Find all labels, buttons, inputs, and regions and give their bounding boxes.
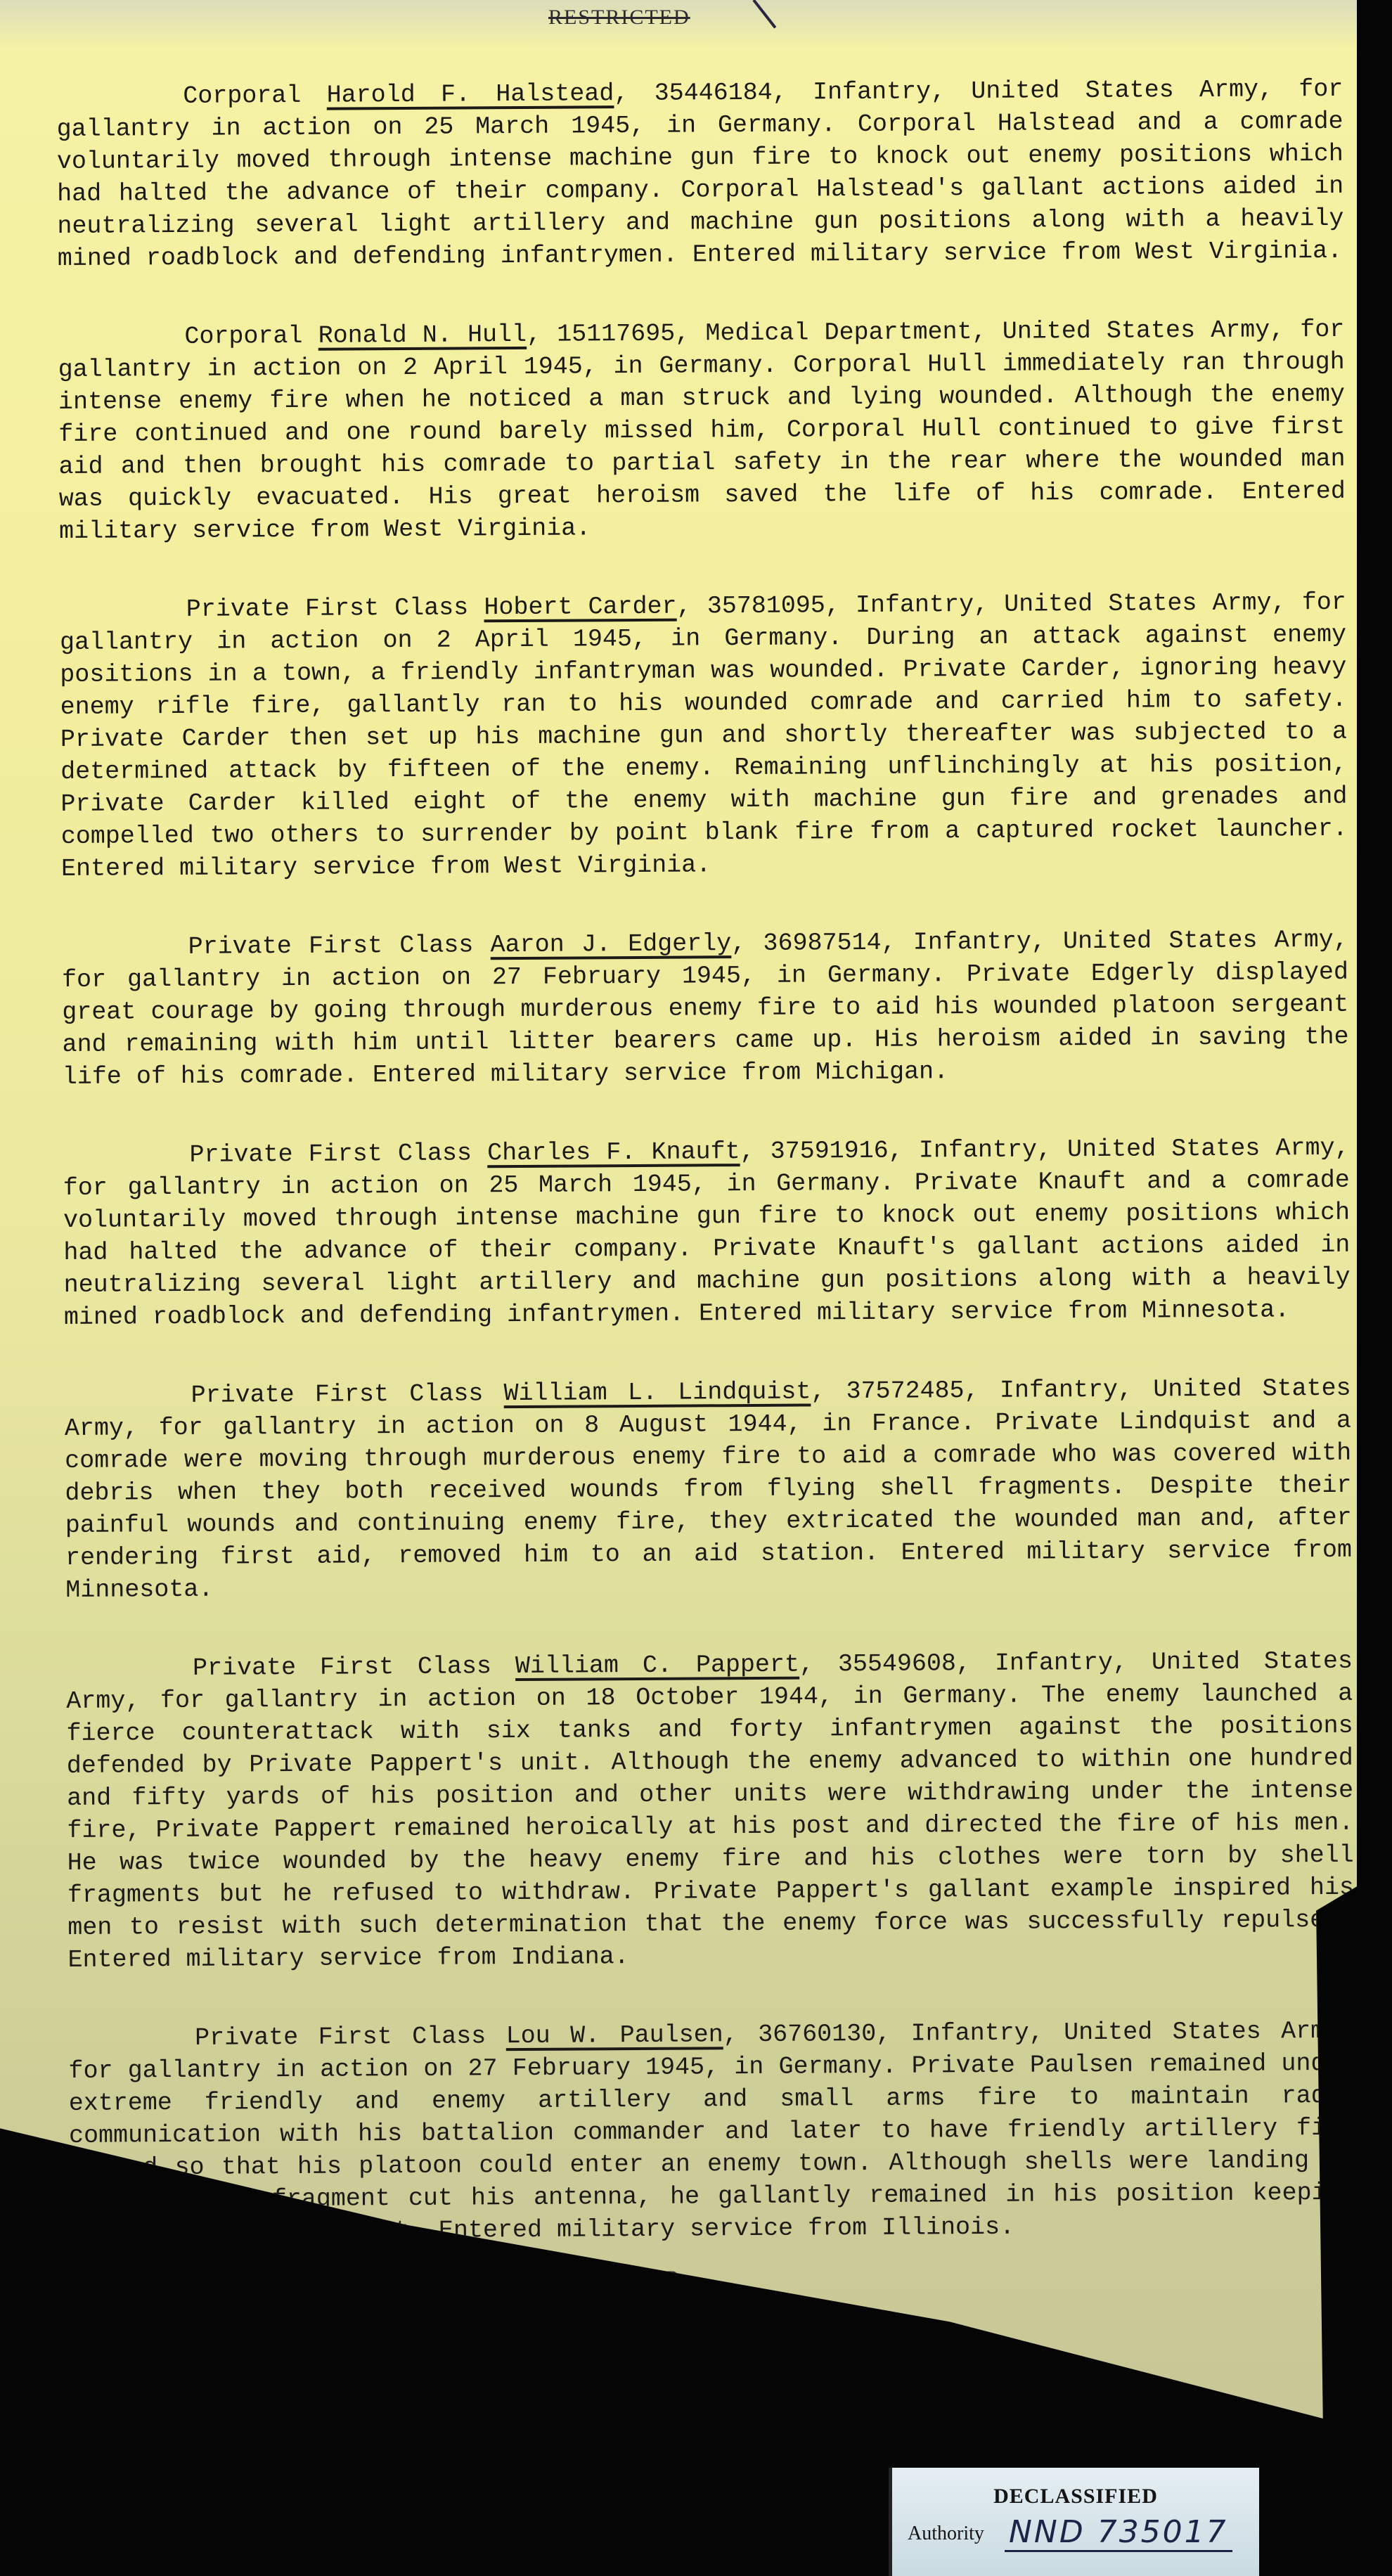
citation-rank: Private First Class xyxy=(188,931,491,961)
page-number: - 2 - xyxy=(612,2303,697,2329)
citation-soldier-name: Hobert Carder xyxy=(484,593,676,622)
citation-soldier-name: William C. Pappert xyxy=(515,1651,799,1680)
authority-label: Authority xyxy=(908,2523,984,2545)
citation-soldier-name: Aaron J. Edgerly xyxy=(491,929,732,959)
restricted-header-marking: RESTRICTED xyxy=(548,6,690,30)
citation-text: , 35549608, Infantry, United States Army… xyxy=(66,1647,1354,1974)
citation-soldier-name: Ronald N. Hull xyxy=(318,321,527,350)
citation-soldier-name: Lou W. Paulsen xyxy=(506,2021,723,2050)
authority-value: NND 735017 xyxy=(1005,2514,1232,2552)
citation-paragraph: Corporal Harold F. Halstead, 35446184, I… xyxy=(56,73,1344,275)
citation-paragraph: Private First Class Charles F. Knauft, 3… xyxy=(63,1132,1351,1334)
document-page: RESTRICTED Corporal Harold F. Halstead, … xyxy=(0,0,1357,2419)
citation-text: , 35781095, Infantry, United States Army… xyxy=(60,588,1348,883)
citation-paragraph: Private First Class Aaron J. Edgerly, 36… xyxy=(62,924,1349,1093)
declassified-stamp-label: DECLASSIFIED Authority NND 735017 xyxy=(889,2468,1259,2576)
declassified-title: DECLASSIFIED xyxy=(892,2485,1259,2509)
restricted-footer-marking: RESTRICTED xyxy=(555,2267,680,2288)
document-body: Corporal Harold F. Halstead, 35446184, I… xyxy=(56,49,1356,2295)
pen-mark xyxy=(752,0,776,29)
citation-rank: Private First Class xyxy=(195,2022,506,2052)
citation-rank: Private First Class xyxy=(189,1139,487,1169)
citation-rank: Private First Class xyxy=(191,1379,504,1410)
citation-rank: Corporal xyxy=(184,322,318,351)
citation-soldier-name: William L. Lindquist xyxy=(503,1377,811,1408)
citation-paragraph: Private First Class Lou W. Paulsen, 3676… xyxy=(68,2015,1356,2249)
citation-rank: Private First Class xyxy=(193,1652,515,1682)
citation-paragraph: Private First Class William L. Lindquist… xyxy=(65,1372,1353,1606)
citation-paragraph: Private First Class Hobert Carder, 35781… xyxy=(60,586,1348,885)
citation-soldier-name: Harold F. Halstead xyxy=(327,79,614,109)
punch-hole xyxy=(842,2319,865,2371)
citation-paragraph: Private First Class William C. Pappert, … xyxy=(66,1645,1355,1976)
citation-soldier-name: Charles F. Knauft xyxy=(487,1138,740,1167)
citation-rank: Corporal xyxy=(183,82,327,110)
citation-rank: Private First Class xyxy=(186,593,484,624)
citation-paragraph: Corporal Ronald N. Hull, 15117695, Medic… xyxy=(58,314,1346,548)
punch-hole xyxy=(336,2293,359,2345)
